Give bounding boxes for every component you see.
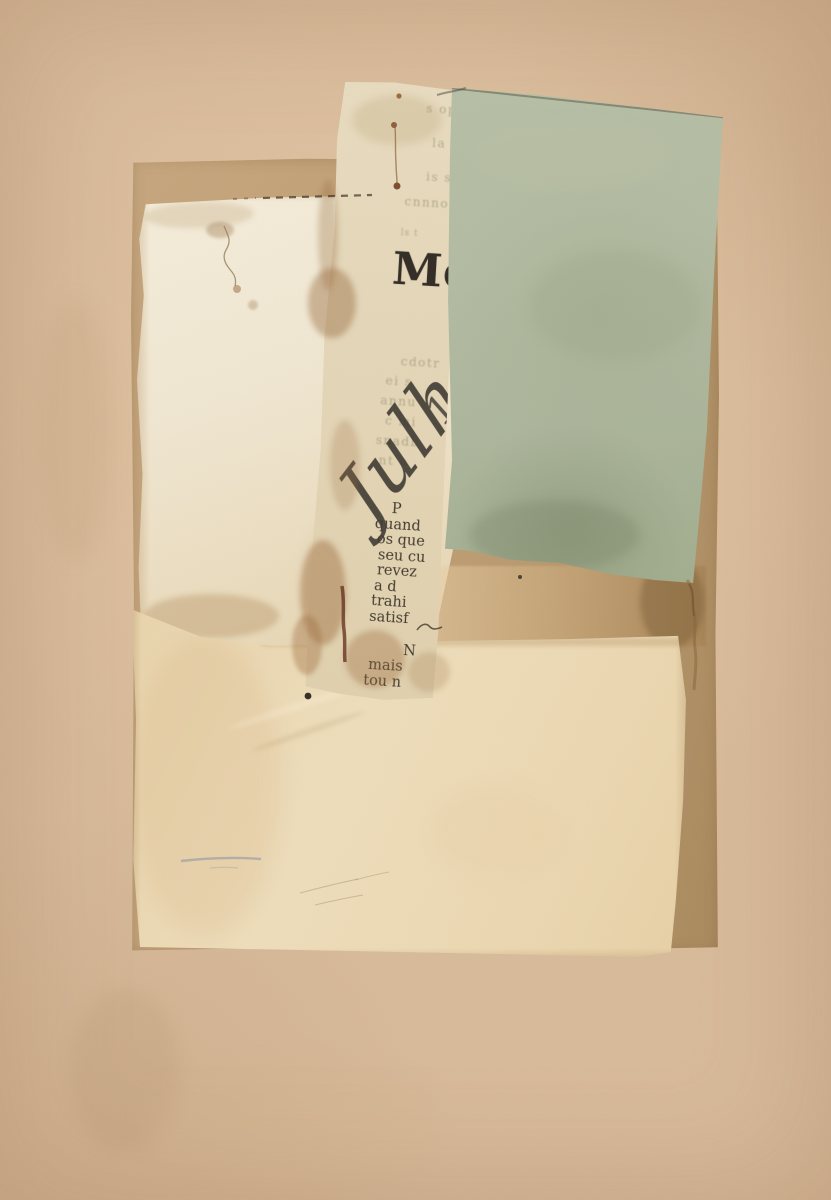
collage-photo: s op la e is s cnnno ls t Me cdotr ei s … [0, 0, 831, 1200]
stain [206, 222, 234, 238]
ghost-print-line: is s [426, 169, 453, 185]
lower-line: N [403, 643, 417, 660]
green-paper [443, 85, 725, 588]
newsprint-body-text: P quand os que seu cu revez a d trahi sa… [369, 501, 429, 628]
body-line: satisf [369, 609, 422, 628]
stain [40, 300, 110, 560]
stain [470, 120, 670, 190]
ghost-print-line: cnnno [404, 194, 449, 211]
stain [431, 786, 561, 876]
green-top-edge [450, 87, 725, 118]
stain [248, 300, 258, 310]
stain [70, 990, 180, 1150]
stain [131, 636, 281, 936]
stain [144, 200, 255, 230]
lower-line: tou n [363, 673, 402, 691]
stain [251, 709, 366, 754]
stain [140, 1060, 440, 1180]
ghost-print-line: ls t [400, 228, 419, 239]
stain [530, 250, 700, 360]
